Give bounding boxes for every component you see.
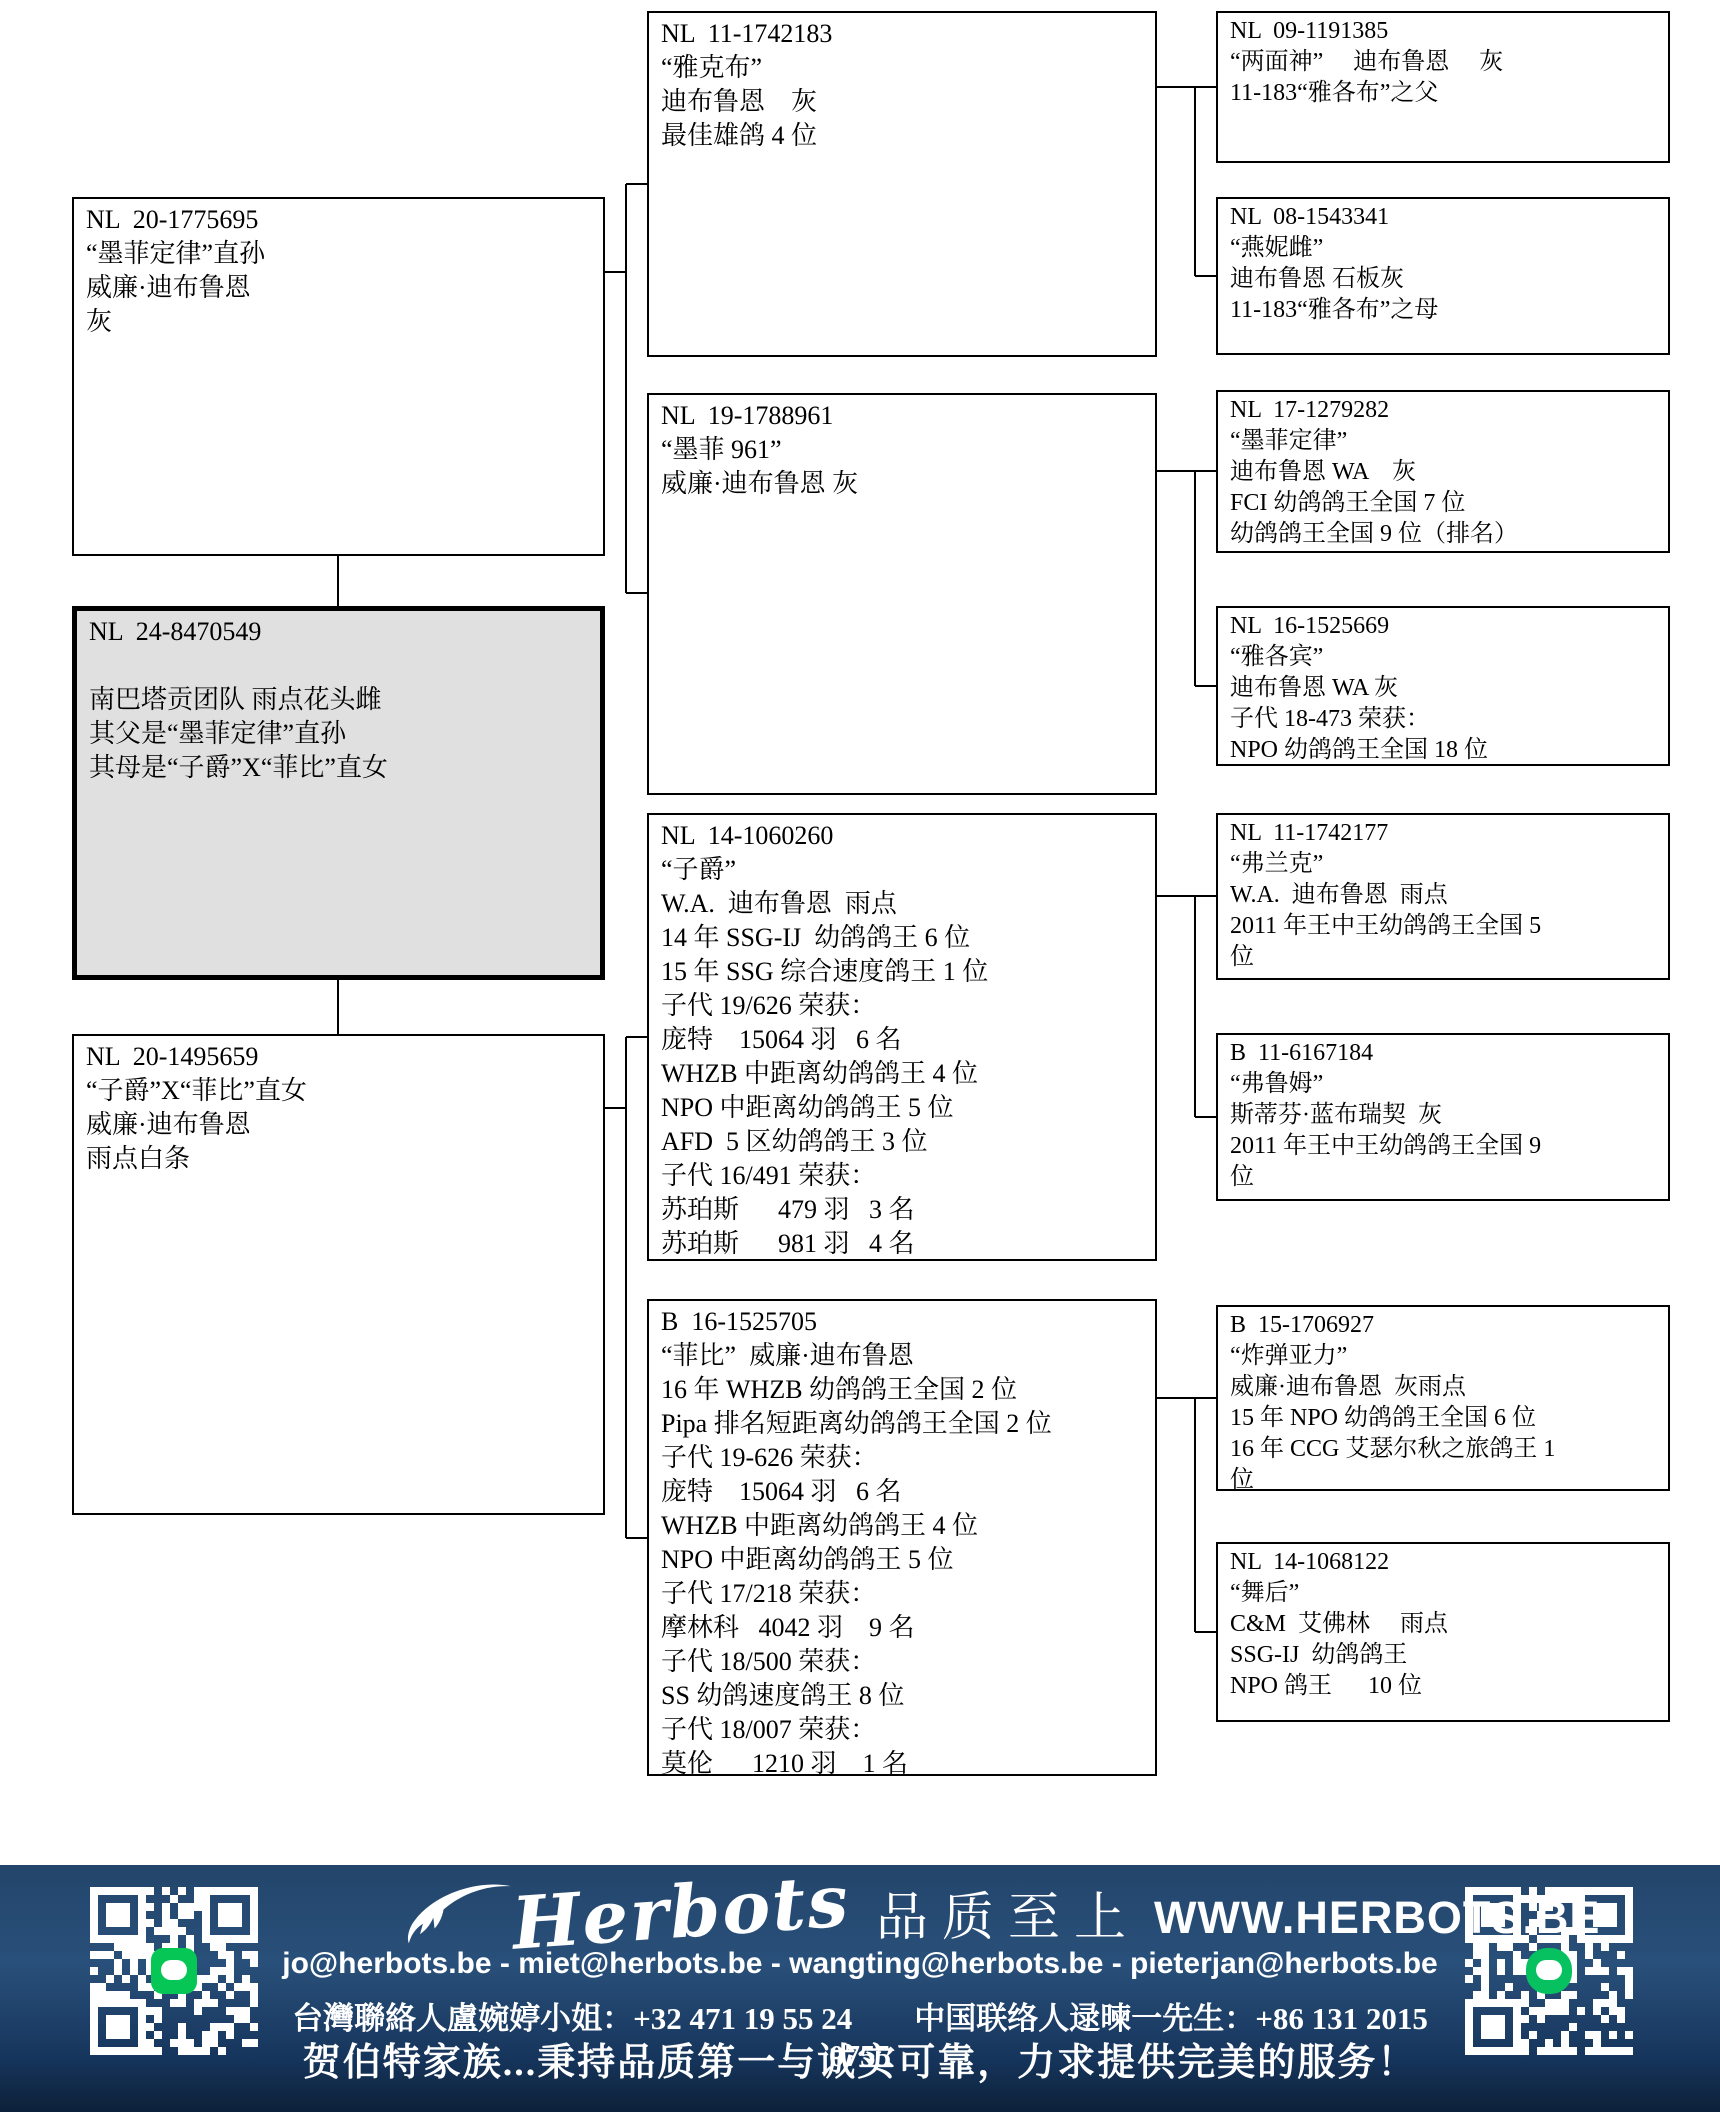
text-line: 迪布鲁恩 灰: [661, 85, 1143, 119]
text-line: 其母是“子爵”X“菲比”直女: [89, 751, 588, 785]
pedigree-box-ggp5: NL 11-1742177“弗兰克”W.A. 迪布鲁恩 雨点2011 年王中王幼…: [1216, 813, 1670, 980]
text-line: NPO 中距离幼鸽鸽王 5 位: [661, 1543, 1143, 1577]
text-line: 15 年 SSG 综合速度鸽王 1 位: [661, 955, 1143, 989]
text-line: Pipa 排名短距离幼鸽鸽王全国 2 位: [661, 1407, 1143, 1441]
text-line: NPO 幼鸽鸽王全国 18 位: [1230, 735, 1656, 766]
pedigree-box-granddam-paternal: NL 19-1788961“墨菲 961”威廉·迪布鲁恩 灰: [647, 393, 1157, 795]
text-line: NPO 中距离幼鸽鸽王 5 位: [661, 1091, 1143, 1125]
text-line: 南巴塔贡团队 雨点花头雌: [89, 683, 588, 717]
text-line: NL 24-8470549: [89, 615, 588, 649]
text-line: NPO 鸽王 10 位: [1230, 1671, 1656, 1702]
text-line: NL 14-1060260: [661, 819, 1143, 853]
text-line: “菲比” 威廉·迪布鲁恩: [661, 1339, 1143, 1373]
text-line: [89, 649, 588, 683]
text-line: 迪布鲁恩 WA 灰: [1230, 673, 1656, 704]
qr-finder: [1465, 1887, 1521, 1943]
text-line: AFD 5 区幼鸽鸽王 3 位: [661, 1125, 1143, 1159]
text-line: 位: [1230, 1465, 1656, 1496]
pedigree-box-ggp6: B 11-6167184“弗鲁姆”斯蒂芬·蓝布瑞契 灰2011 年王中王幼鸽鸽王…: [1216, 1033, 1670, 1201]
pedigree-box-ggp4: NL 16-1525669“雅各宾”迪布鲁恩 WA 灰子代 18-473 荣获：…: [1216, 606, 1670, 766]
text-line: NL 11-1742183: [661, 17, 1143, 51]
text-line: “墨菲 961”: [661, 433, 1143, 467]
text-line: 位: [1230, 1162, 1656, 1193]
pedigree-box-ggp7: B 15-1706927“炸弹亚力”威廉·迪布鲁恩 灰雨点15 年 NPO 幼鸽…: [1216, 1305, 1670, 1491]
text-line: NL 17-1279282: [1230, 395, 1656, 426]
text-line: SSG-IJ 幼鸽鸽王: [1230, 1640, 1656, 1671]
text-line: 威廉·迪布鲁恩 灰雨点: [1230, 1372, 1656, 1403]
line-icon: [151, 1948, 197, 1994]
text-line: “子爵”: [661, 853, 1143, 887]
text-line: W.A. 迪布鲁恩 雨点: [1230, 880, 1656, 911]
text-line: 子代 17/218 荣获：: [661, 1577, 1143, 1611]
text-line: “燕妮雌”: [1230, 233, 1656, 264]
pedigree-box-granddam-maternal: B 16-1525705“菲比” 威廉·迪布鲁恩16 年 WHZB 幼鸽鸽王全国…: [647, 1299, 1157, 1776]
text-line: “舞后”: [1230, 1578, 1656, 1609]
text-line: 11-183“雅各布”之母: [1230, 295, 1656, 326]
text-line: 最佳雄鸽 4 位: [661, 119, 1143, 153]
text-line: 子代 18/500 荣获：: [661, 1645, 1143, 1679]
text-line: B 16-1525705: [661, 1305, 1143, 1339]
wechat-qr-code: [1465, 1887, 1633, 2055]
text-line: 庞特 15064 羽 6 名: [661, 1475, 1143, 1509]
text-line: 2011 年王中王幼鸽鸽王全国 5: [1230, 911, 1656, 942]
text-line: “雅克布”: [661, 51, 1143, 85]
text-line: 苏珀斯 479 羽 3 名: [661, 1193, 1143, 1227]
text-line: 威廉·迪布鲁恩: [86, 271, 591, 305]
text-line: 摩林科 4042 羽 9 名: [661, 1611, 1143, 1645]
pedigree-box-subject: NL 24-8470549 南巴塔贡团队 雨点花头雌其父是“墨菲定律”直孙其母是…: [72, 606, 605, 980]
pedigree-box-ggp2: NL 08-1543341“燕妮雌”迪布鲁恩 石板灰11-183“雅各布”之母: [1216, 197, 1670, 355]
text-line: 斯蒂芬·蓝布瑞契 灰: [1230, 1100, 1656, 1131]
slogan-text: 品质至上: [876, 1875, 1140, 1950]
text-line: 雨点白条: [86, 1142, 591, 1176]
pedigree-box-ggp8: NL 14-1068122“舞后”C&M 艾佛林 雨点SSG-IJ 幼鸽鸽王NP…: [1216, 1542, 1670, 1722]
text-line: “两面神” 迪布鲁恩 灰: [1230, 47, 1656, 78]
text-line: “墨菲定律”: [1230, 426, 1656, 457]
text-line: WHZB 中距离幼鸽鸽王 4 位: [661, 1057, 1143, 1091]
text-line: 幼鸽鸽王全国 9 位（排名）: [1230, 519, 1656, 550]
text-line: 威廉·迪布鲁恩 灰: [661, 467, 1143, 501]
text-line: “子爵”X“菲比”直女: [86, 1074, 591, 1108]
text-line: 16 年 WHZB 幼鸽鸽王全国 2 位: [661, 1373, 1143, 1407]
wechat-icon: [1526, 1948, 1572, 1994]
text-line: 迪布鲁恩 WA 灰: [1230, 457, 1656, 488]
text-line: “弗兰克”: [1230, 849, 1656, 880]
text-line: 莫伦 1210 羽 1 名: [661, 1747, 1143, 1781]
text-line: W.A. 迪布鲁恩 雨点: [661, 887, 1143, 921]
text-line: NL 16-1525669: [1230, 611, 1656, 642]
text-line: NL 14-1068122: [1230, 1547, 1656, 1578]
footer-tagline: 贺伯特家族...秉持品质第一与诚实可靠，力求提供完美的服务！: [280, 2031, 1440, 2086]
text-line: 子代 16/491 荣获：: [661, 1159, 1143, 1193]
text-line: 其父是“墨菲定律”直孙: [89, 717, 588, 751]
line-qr-code: [90, 1887, 258, 2055]
text-line: NL 09-1191385: [1230, 16, 1656, 47]
text-line: 灰: [86, 305, 591, 339]
text-line: SS 幼鸽速度鸽王 8 位: [661, 1679, 1143, 1713]
text-line: B 11-6167184: [1230, 1038, 1656, 1069]
text-line: “雅各宾”: [1230, 642, 1656, 673]
text-line: 子代 18/007 荣获：: [661, 1713, 1143, 1747]
qr-finder: [202, 1887, 258, 1943]
text-line: 威廉·迪布鲁恩: [86, 1108, 591, 1142]
feather-icon: [395, 1875, 521, 1949]
text-line: 庞特 15064 羽 6 名: [661, 1023, 1143, 1057]
pedigree-box-mother: NL 20-1495659“子爵”X“菲比”直女威廉·迪布鲁恩雨点白条: [72, 1034, 605, 1515]
brand-row: Herbots 品质至上 WWW.HERBOTS.BE: [398, 1875, 1600, 1950]
text-line: NL 08-1543341: [1230, 202, 1656, 233]
text-line: NL 11-1742177: [1230, 818, 1656, 849]
qr-finder: [90, 1887, 146, 1943]
text-line: 16 年 CCG 艾瑟尔秋之旅鸽王 1: [1230, 1434, 1656, 1465]
text-line: 15 年 NPO 幼鸽鸽王全国 6 位: [1230, 1403, 1656, 1434]
text-line: NL 20-1495659: [86, 1040, 591, 1074]
text-line: 苏珀斯 981 羽 4 名: [661, 1227, 1143, 1261]
pedigree-page: NL 20-1775695“墨菲定律”直孙威廉·迪布鲁恩灰 NL 24-8470…: [0, 0, 1720, 2112]
text-line: 14 年 SSG-IJ 幼鸽鸽王 6 位: [661, 921, 1143, 955]
text-line: 位: [1230, 942, 1656, 973]
pedigree-box-grandsire-paternal: NL 11-1742183“雅克布”迪布鲁恩 灰最佳雄鸽 4 位: [647, 11, 1157, 357]
qr-finder: [1577, 1887, 1633, 1943]
text-line: C&M 艾佛林 雨点: [1230, 1609, 1656, 1640]
text-line: “弗鲁姆”: [1230, 1069, 1656, 1100]
qr-finder: [1465, 1999, 1521, 2055]
text-line: 子代 18-473 荣获：: [1230, 704, 1656, 735]
pedigree-box-grandsire-maternal: NL 14-1060260“子爵”W.A. 迪布鲁恩 雨点14 年 SSG-IJ…: [647, 813, 1157, 1261]
text-line: “炸弹亚力”: [1230, 1341, 1656, 1372]
text-line: NL 20-1775695: [86, 203, 591, 237]
text-line: 迪布鲁恩 石板灰: [1230, 264, 1656, 295]
pedigree-box-father: NL 20-1775695“墨菲定律”直孙威廉·迪布鲁恩灰: [72, 197, 605, 556]
text-line: 子代 19/626 荣获：: [661, 989, 1143, 1023]
text-line: 2011 年王中王幼鸽鸽王全国 9: [1230, 1131, 1656, 1162]
qr-finder: [90, 1999, 146, 2055]
text-line: B 15-1706927: [1230, 1310, 1656, 1341]
text-line: WHZB 中距离幼鸽鸽王 4 位: [661, 1509, 1143, 1543]
email-addresses: jo@herbots.be - miet@herbots.be - wangti…: [280, 1947, 1440, 1981]
text-line: NL 19-1788961: [661, 399, 1143, 433]
pedigree-box-ggp3: NL 17-1279282“墨菲定律”迪布鲁恩 WA 灰FCI 幼鸽鸽王全国 7…: [1216, 390, 1670, 553]
text-line: 子代 19-626 荣获：: [661, 1441, 1143, 1475]
pedigree-box-ggp1: NL 09-1191385“两面神” 迪布鲁恩 灰11-183“雅各布”之父: [1216, 11, 1670, 163]
herbots-logo: Herbots: [510, 1867, 852, 1959]
text-line: FCI 幼鸽鸽王全国 7 位: [1230, 488, 1656, 519]
footer: Herbots 品质至上 WWW.HERBOTS.BE jo@herbots.b…: [0, 1865, 1720, 2112]
text-line: 11-183“雅各布”之父: [1230, 78, 1656, 109]
text-line: “墨菲定律”直孙: [86, 237, 591, 271]
